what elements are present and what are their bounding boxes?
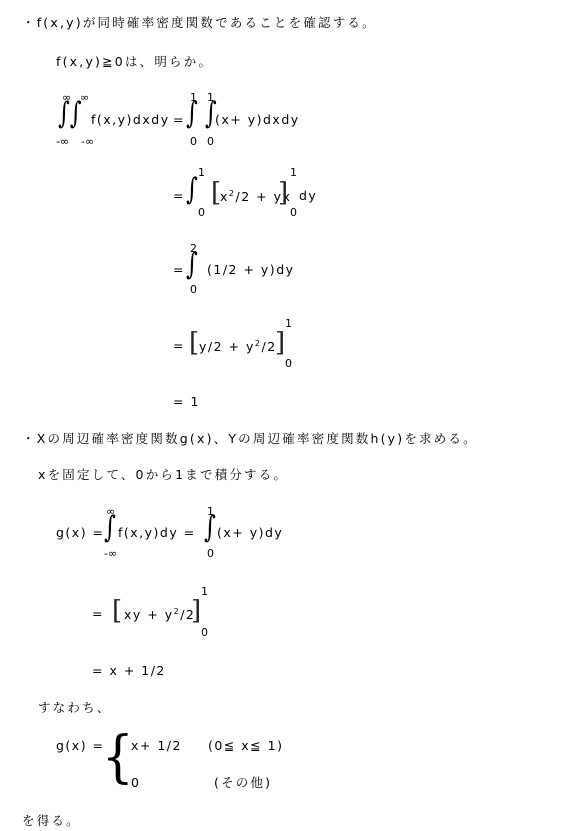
result-value: = 1: [173, 396, 200, 409]
equals-sign: =: [92, 608, 104, 621]
case2-expression: 0: [131, 777, 140, 790]
upper-limit: 1: [198, 167, 205, 178]
lower-limit: 0: [285, 358, 292, 369]
upper-limit: 1: [201, 586, 208, 597]
section1-heading: ・f(x,y)が同時確率密度関数であることを確認する。: [22, 17, 377, 30]
right-bracket-icon: ]: [191, 598, 201, 624]
equals-sign: =: [173, 190, 185, 203]
lower-limit: 0: [190, 136, 197, 147]
lower-limit: 0: [201, 627, 208, 638]
equals-sign: =: [173, 340, 185, 353]
lower-limit: 0: [290, 207, 297, 218]
lower-limit: -∞: [104, 548, 117, 559]
lower-limit: 0: [207, 136, 214, 147]
upper-limit: 1: [290, 167, 297, 178]
integral-sign-icon: ∫: [104, 513, 116, 543]
conclusion-intro: すなわち、: [38, 702, 112, 715]
equals-sign: =: [173, 114, 185, 127]
integral-sign-icon: ∫: [204, 513, 216, 543]
lower-limit: -∞: [56, 136, 69, 147]
lower-limit: 0: [198, 207, 205, 218]
left-brace-icon: {: [102, 730, 134, 786]
function-label: g(x) =: [56, 527, 105, 540]
lower-limit: 0: [190, 284, 197, 295]
integrand: (x+ y)dxdy: [215, 114, 300, 127]
equals-sign: =: [173, 264, 185, 277]
integrand: (x+ y)dy: [217, 527, 283, 540]
upper-limit: 1: [285, 318, 292, 329]
integral-sign-icon: ∫ ∫: [186, 99, 217, 129]
case1-expression: x+ 1/2: [131, 740, 182, 753]
piecewise-lhs: g(x) =: [56, 740, 105, 753]
left-bracket-icon: [: [189, 330, 199, 356]
integrand: f(x,y)dxdy: [91, 114, 170, 127]
marginal-result: = x + 1/2: [92, 665, 166, 678]
right-bracket-icon: ]: [275, 330, 285, 356]
right-bracket-icon: ]: [278, 180, 288, 206]
case1-condition: (0≦ x≦ 1): [208, 740, 283, 753]
integration-instruction: xを固定して、0から1まで積分する。: [38, 469, 288, 482]
lower-limit: -∞: [81, 136, 94, 147]
integrand: (1/2 + y)dy: [207, 264, 295, 277]
lower-limit: 0: [207, 548, 214, 559]
integral-sign-icon: ∫∫: [58, 99, 81, 129]
left-bracket-icon: [: [112, 598, 122, 624]
bracket-expression: y/2 + y2/2: [199, 340, 277, 354]
integral-sign-icon: ∫: [186, 175, 198, 205]
bracket-expression: xy + y2/2: [124, 608, 195, 622]
section2-heading: ・Xの周辺確率密度関数g(x)、Yの周辺確率密度関数h(y)を求める。: [22, 433, 478, 446]
closing-statement: を得る。: [22, 815, 81, 828]
case2-condition: (その他): [214, 777, 272, 790]
integral-sign-icon: ∫: [186, 250, 198, 280]
differential: dy: [299, 190, 317, 203]
integrand: f(x,y)dy =: [118, 527, 196, 540]
nonnegativity-statement: f(x,y)≧0は、明らか。: [56, 56, 213, 69]
